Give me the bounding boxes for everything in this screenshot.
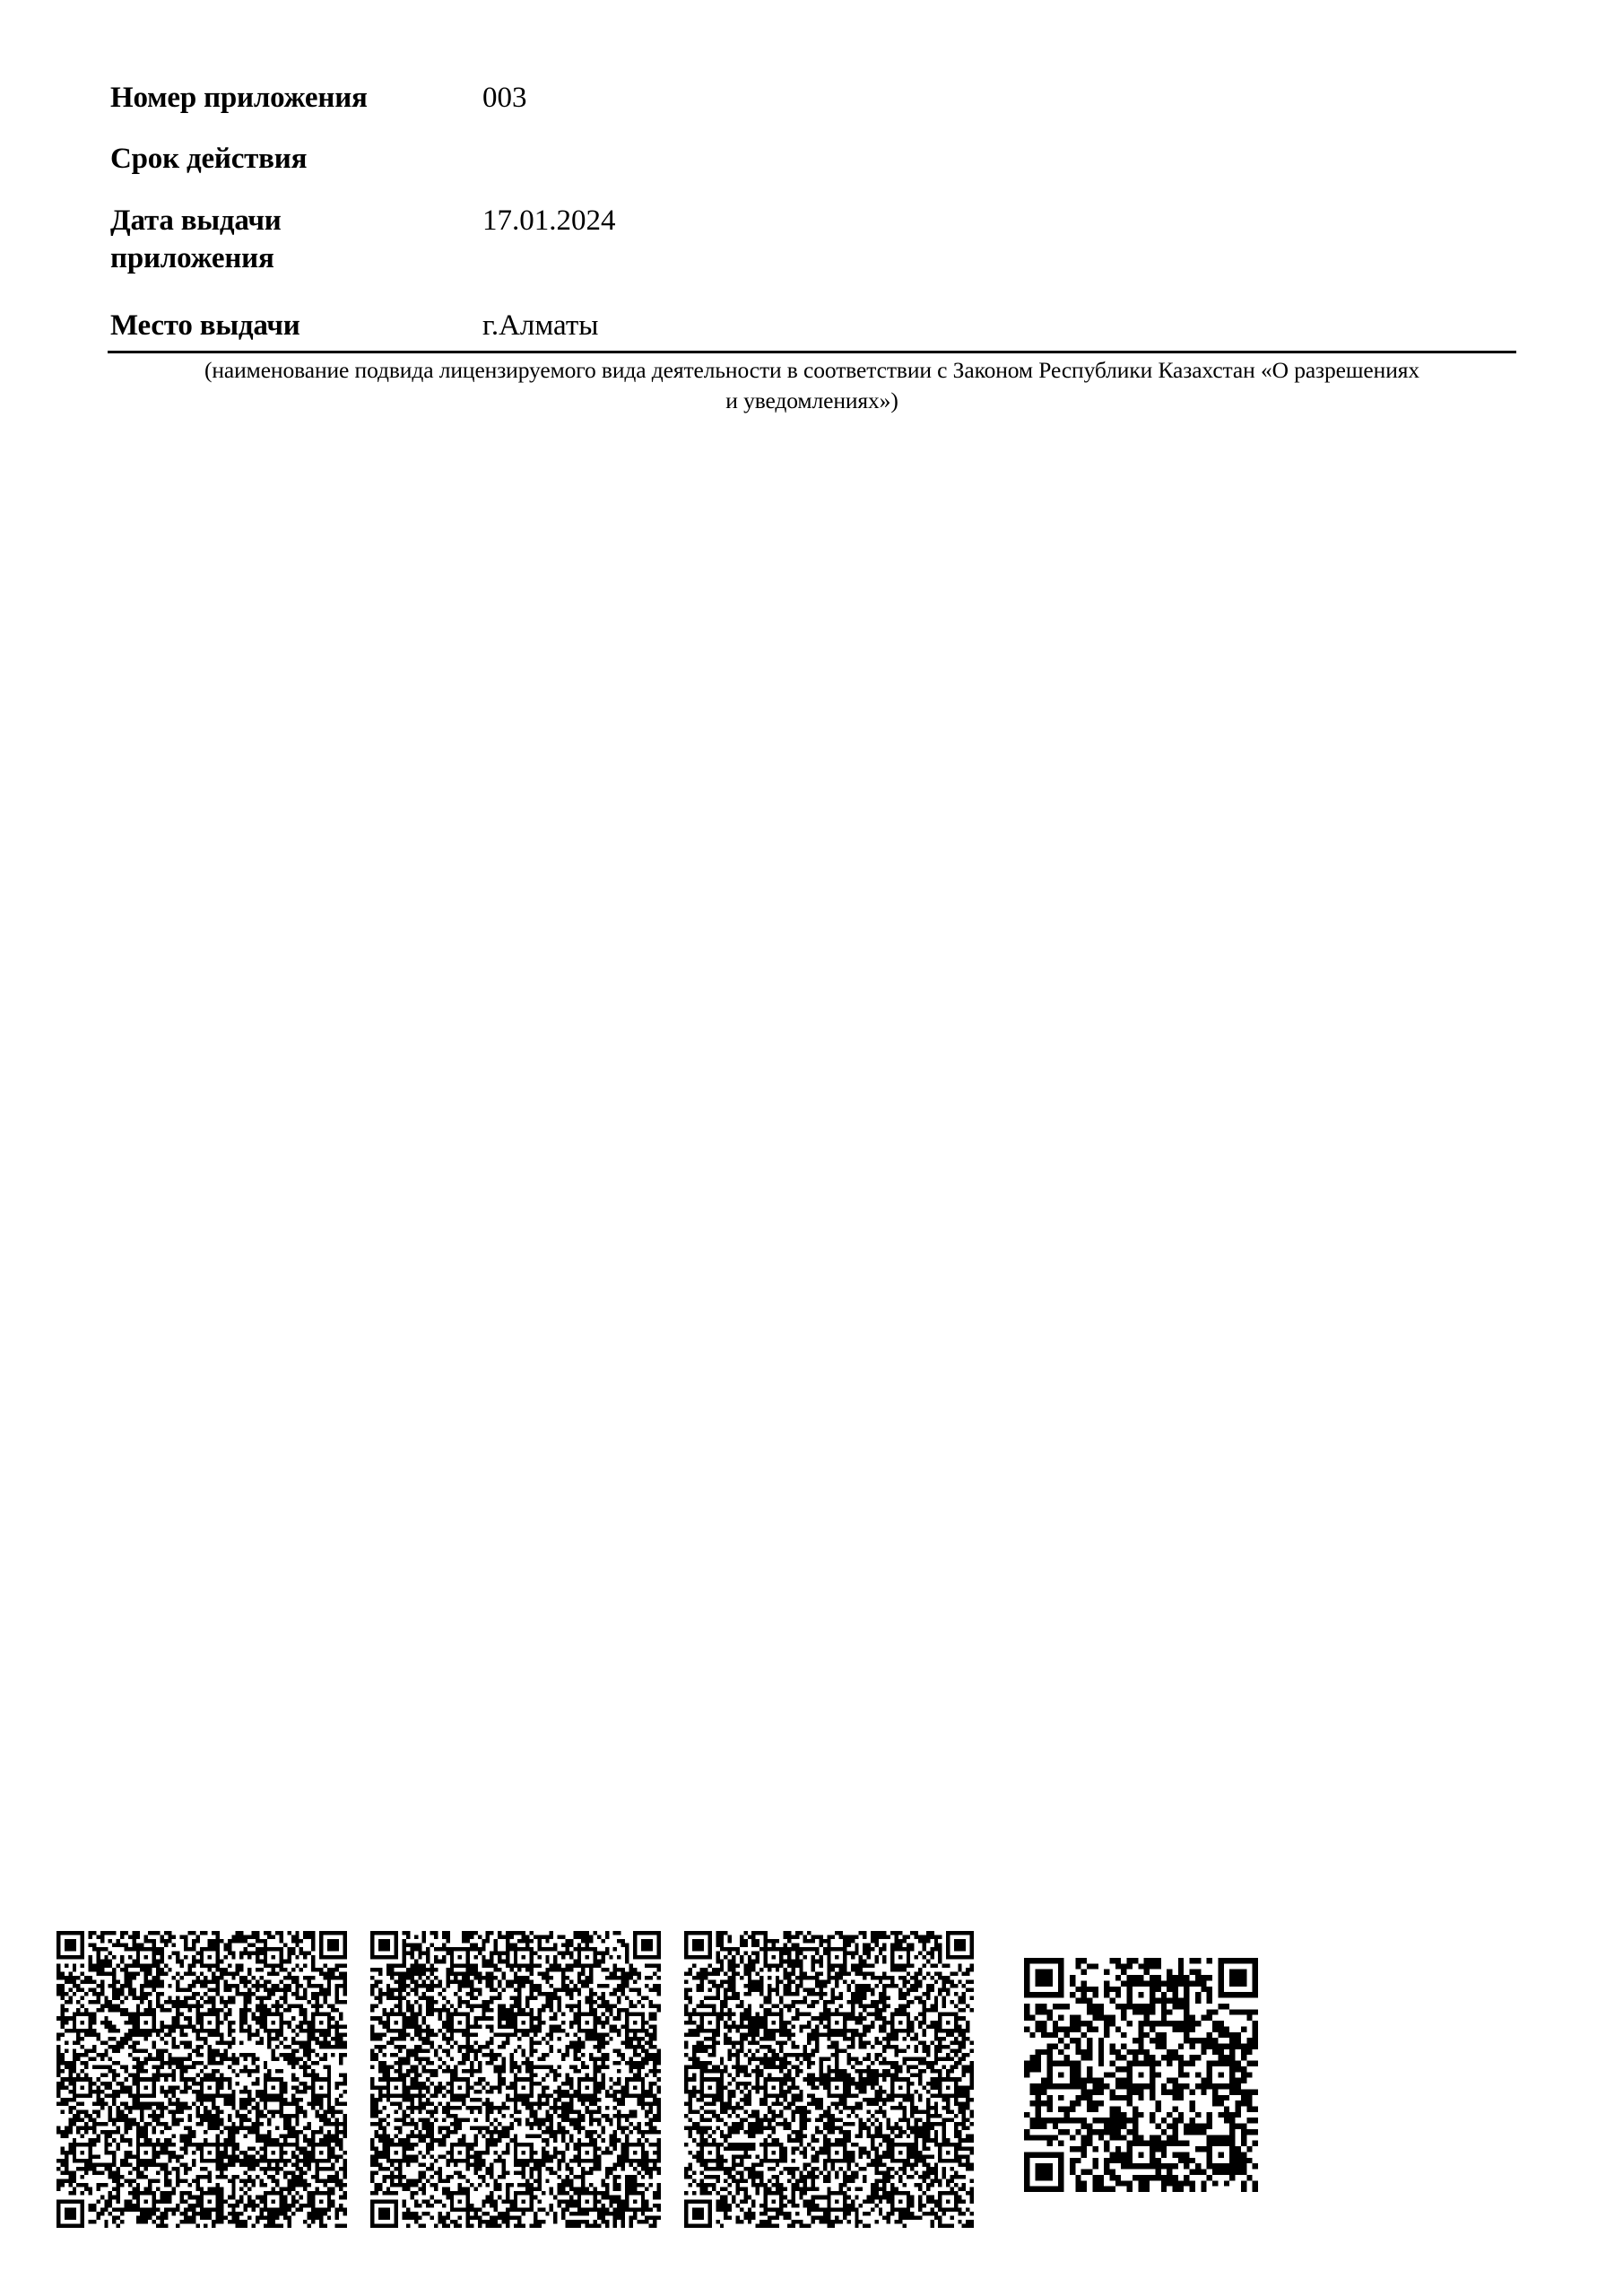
- caption-line-1: (наименование подвида лицензируемого вид…: [108, 355, 1516, 386]
- qr-code-1: [56, 1931, 347, 2228]
- place-of-issue-value: г.Алматы: [482, 307, 598, 344]
- qr-pattern-icon: [1024, 1958, 1258, 2192]
- qr-code-4: [1024, 1958, 1258, 2192]
- issue-date-label-line1: Дата выдачи: [110, 202, 282, 239]
- qr-pattern-icon: [684, 1931, 974, 2228]
- application-number-value: 003: [482, 79, 527, 117]
- qr-pattern-icon: [370, 1931, 661, 2228]
- issue-date-value: 17.01.2024: [482, 202, 616, 239]
- qr-pattern-icon: [56, 1931, 347, 2228]
- qr-code-2: [370, 1931, 661, 2228]
- validity-period-label: Срок действия: [110, 140, 307, 178]
- issue-date-label: Дата выдачи приложения: [110, 202, 282, 277]
- issue-date-label-line2: приложения: [110, 239, 282, 277]
- caption-line-2: и уведомлениях»): [108, 386, 1516, 416]
- underline-divider: [108, 351, 1516, 353]
- application-number-label: Номер приложения: [110, 79, 368, 117]
- license-subtype-caption: (наименование подвида лицензируемого вид…: [108, 355, 1516, 416]
- place-of-issue-label: Место выдачи: [110, 307, 300, 344]
- qr-code-3: [684, 1931, 974, 2228]
